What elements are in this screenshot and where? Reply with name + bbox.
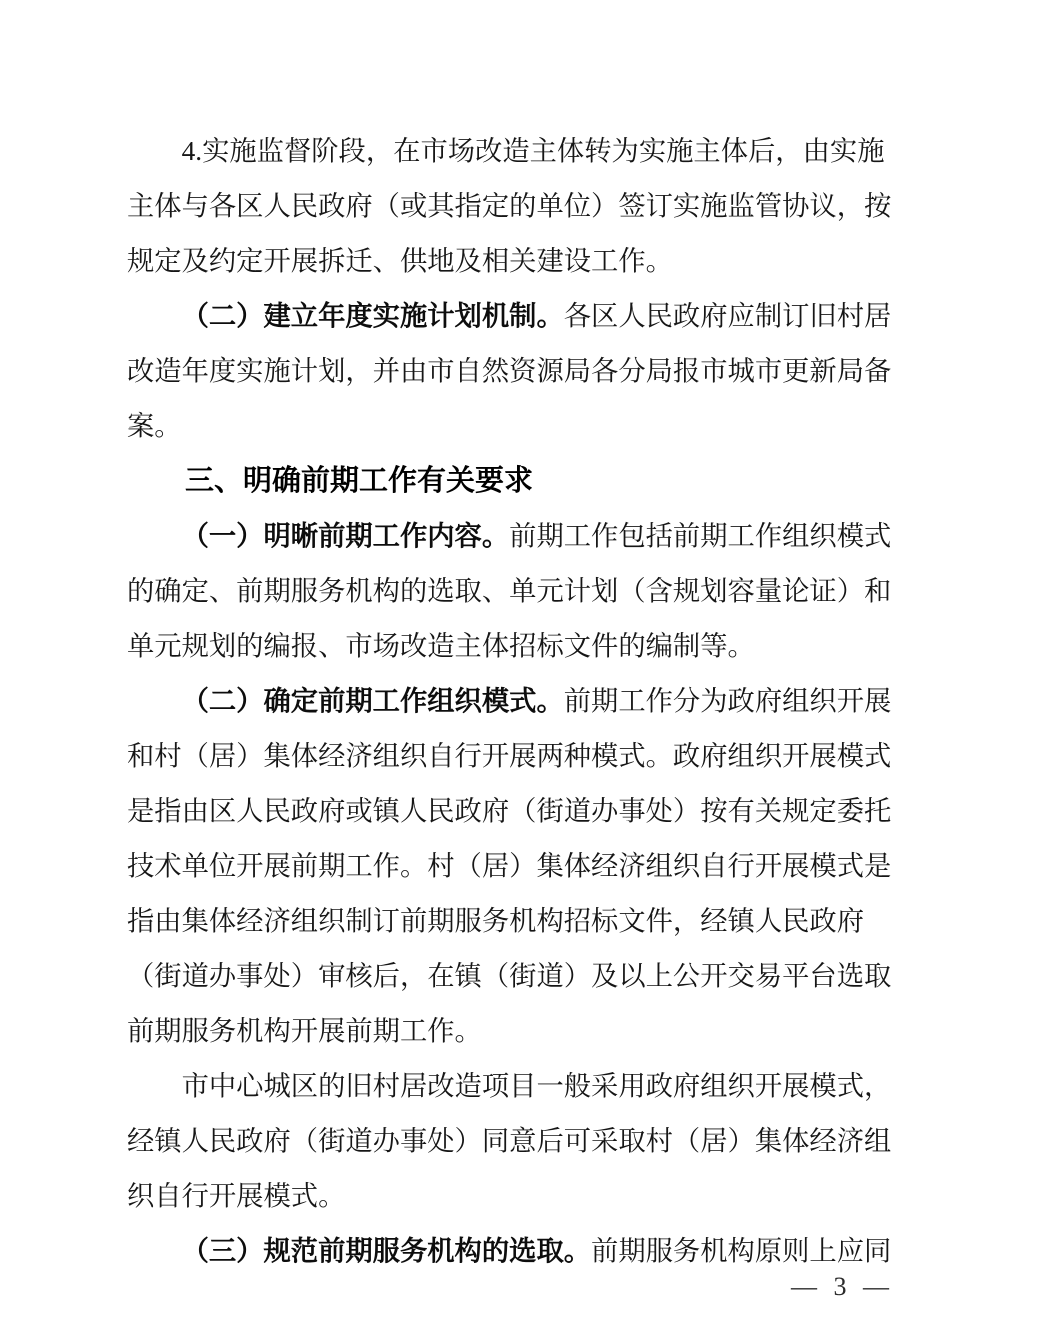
paragraph-central-district-mode: 市中心城区的旧村居改造项目一般采用政府组织开展模式， 经镇人民政府（街道办事处）… <box>127 1059 923 1224</box>
paragraph-clarify-early-work-content: （一）明晰前期工作内容。前期工作包括前期工作组织模式 的确定、前期服务机构的选取… <box>127 509 923 674</box>
paragraph-lead: （二）确定前期工作组织模式。 <box>182 686 564 716</box>
paragraph-implementation-supervision: 4.实施监督阶段，在市场改造主体转为实施主体后，由实施 主体与各区人民政府（或其… <box>127 124 923 289</box>
section-heading: 三、明确前期工作有关要求 <box>127 454 923 509</box>
paragraph-annual-plan-mechanism: （二）建立年度实施计划机制。各区人民政府应制订旧村居 改造年度实施计划，并由市自… <box>127 289 923 454</box>
paragraph-text: 前期工作分为政府组织开展 和村（居）集体经济组织自行开展两种模式。政府组织开展模… <box>127 686 891 1046</box>
document-body: 4.实施监督阶段，在市场改造主体转为实施主体后，由实施 主体与各区人民政府（或其… <box>127 124 923 1279</box>
paragraph-service-agency-selection: （三）规范前期服务机构的选取。前期服务机构原则上应同 <box>127 1224 923 1279</box>
paragraph-organization-mode: （二）确定前期工作组织模式。前期工作分为政府组织开展 和村（居）集体经济组织自行… <box>127 674 923 1059</box>
paragraph-text: 4.实施监督阶段，在市场改造主体转为实施主体后，由实施 主体与各区人民政府（或其… <box>127 136 891 276</box>
document-page: 4.实施监督阶段，在市场改造主体转为实施主体后，由实施 主体与各区人民政府（或其… <box>0 0 1042 1317</box>
paragraph-text: 前期服务机构原则上应同 <box>591 1236 891 1266</box>
paragraph-text: 市中心城区的旧村居改造项目一般采用政府组织开展模式， 经镇人民政府（街道办事处）… <box>127 1071 891 1211</box>
paragraph-lead: （一）明晰前期工作内容。 <box>182 521 510 551</box>
paragraph-lead: （二）建立年度实施计划机制。 <box>182 301 564 331</box>
page-number: — 3 — <box>791 1272 890 1302</box>
paragraph-lead: （三）规范前期服务机构的选取。 <box>182 1236 591 1266</box>
